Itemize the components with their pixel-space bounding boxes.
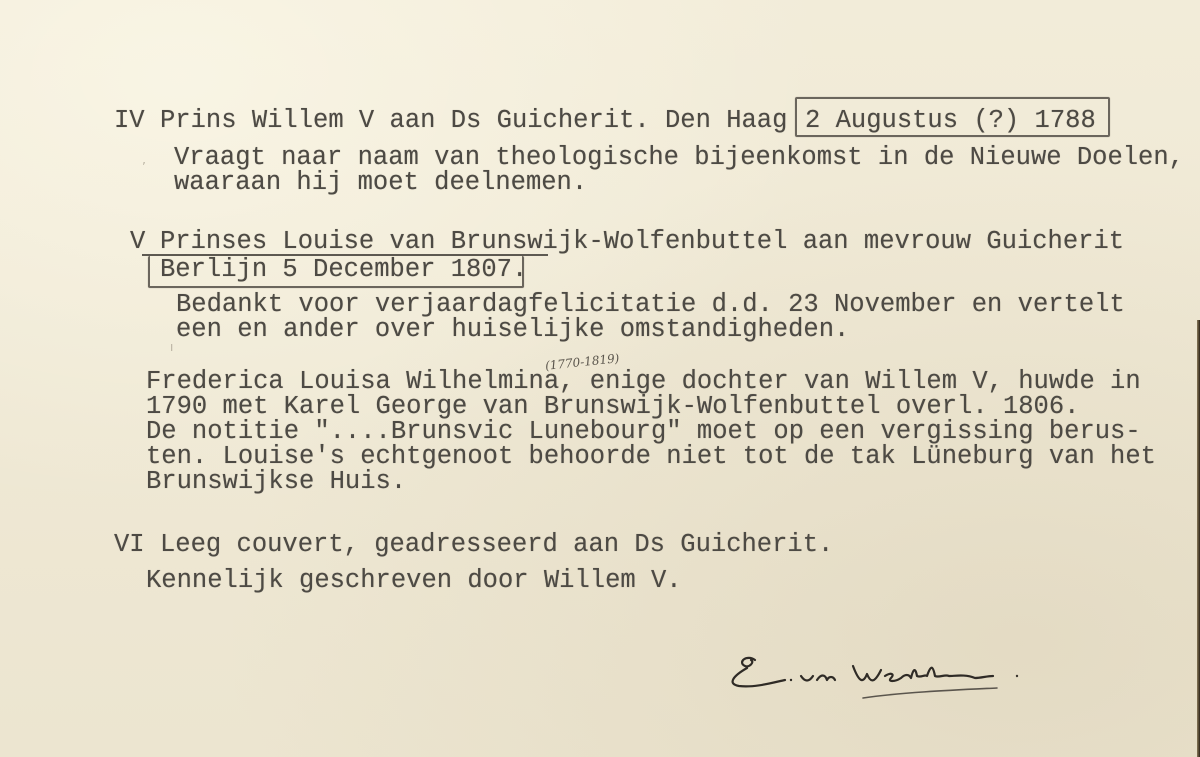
typewritten-document-page: IV Prins Willem V aan Ds Guicherit. Den … [0, 0, 1200, 757]
entry-v-date: Berlijn 5 December 1807. [160, 257, 527, 282]
entry-vi-heading: Leeg couvert, geadresseerd aan Ds Guiche… [160, 532, 833, 557]
entry-v-summary-line-1: Bedankt voor verjaardagfelicitatie d.d. … [176, 292, 1125, 317]
entry-v-note-line-1: Frederica Louisa Wilhelmina, enige docht… [146, 369, 1141, 394]
entry-v-note-line-4: ten. Louise's echtgenoot behoorde niet t… [146, 444, 1156, 469]
handwritten-signature: C. v. Wenteler [725, 648, 1025, 708]
entry-iv-date: 2 Augustus (?) 1788 [805, 108, 1096, 133]
entry-vi-numeral: VI [114, 532, 145, 557]
entry-iv-numeral: IV [114, 108, 145, 133]
entry-v-note-line-2: 1790 met Karel George van Brunswijk-Wolf… [146, 394, 1079, 419]
entry-iv-summary-line-1: Vraagt naar naam van theologische bijeen… [174, 145, 1184, 170]
entry-v-note-line-5: Brunswijkse Huis. [146, 469, 406, 494]
entry-v-note-line-3: De notitie "....Brunsvic Lunebourg" moet… [146, 419, 1141, 444]
entry-v-summary-line-2: een en ander over huiselijke omstandighe… [176, 317, 849, 342]
pencil-mark: ’ [142, 160, 146, 174]
entry-v-numeral: V [130, 229, 145, 254]
entry-vi-summary-line-1: Kennelijk geschreven door Willem V. [146, 568, 682, 593]
entry-iv-summary-line-2: waaraan hij moet deelnemen. [174, 170, 587, 195]
pencil-mark: ı [170, 340, 173, 354]
entry-v-heading: Prinses Louise van Brunswijk-Wolfenbutte… [160, 229, 1124, 254]
entry-iv-heading: Prins Willem V aan Ds Guicherit. Den Haa… [160, 108, 787, 133]
